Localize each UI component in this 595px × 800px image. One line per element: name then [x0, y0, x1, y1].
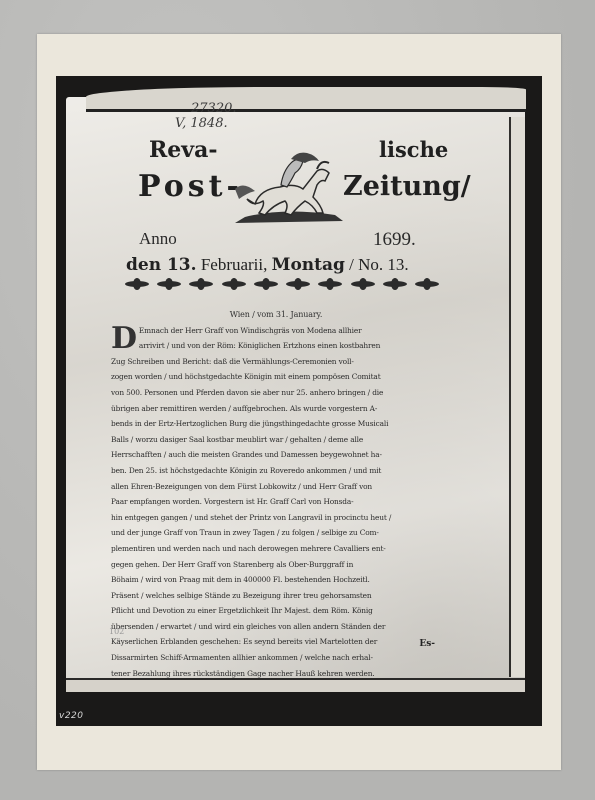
article-line: zogen worden / und höchstgedachte Königi… [111, 369, 441, 385]
article-line: Paar empfangen worden. Vorgestern ist Hr… [111, 494, 441, 510]
fleuron-icon [220, 278, 248, 290]
article-line: Pflicht und Devotion zu einer Ergetzlich… [111, 603, 441, 619]
article-body: Wien / vom 31. January. D Emnach der Her… [111, 307, 441, 681]
article-line: Zug Schreiben und Bericht: daß die Vermä… [111, 354, 441, 370]
article-line: plementiren und werden nach und nach der… [111, 541, 441, 557]
dateline-issue-number: No. 13. [358, 255, 409, 274]
archive-annotation: 27320. V, 1848. [175, 101, 237, 131]
dateline-separator: / [349, 255, 354, 274]
fleuron-icon [187, 278, 215, 290]
post-rider-illustration-icon [225, 149, 345, 229]
fleuron-icon [284, 278, 312, 290]
photo-mount-card: 27320. V, 1848. Reva- lische Post- Zeitu… [37, 34, 561, 770]
faint-page-mark: 102 [109, 627, 124, 636]
masthead-word-reva: Reva- [149, 137, 217, 163]
paper-fold-line [509, 117, 511, 677]
fleuron-icon [123, 278, 151, 290]
masthead-word-zeitung: Zeitung/ [343, 171, 471, 202]
article-line: Käyserlichen Erblanden geschehen: Es sey… [111, 634, 441, 650]
article-line: Präsent / welches selbige Stände zu Beze… [111, 588, 441, 604]
fleuron-icon [381, 278, 409, 290]
catchword: Es- [419, 639, 435, 649]
paper-folded-edge [511, 117, 525, 677]
photo-frame-label: v220 [59, 711, 84, 721]
fleuron-icon [155, 278, 183, 290]
article-line: bends in der Ertz-Hertzoglichen Burg die… [111, 416, 441, 432]
fleuron-icon [349, 278, 377, 290]
article-line: von 500. Personen und Pferden davon sie … [111, 385, 441, 401]
article-line: übersenden / erwartet / und wird ein gle… [111, 619, 441, 635]
article-drop-cap: D [111, 325, 137, 353]
issue-dateline: den 13. Februarii, Montag / No. 13. [126, 255, 456, 275]
ornamental-divider [123, 278, 441, 292]
article-line: Emnach der Herr Graff von Windischgräs v… [139, 323, 441, 339]
article-line: hin entgegen gangen / und stehet der Pri… [111, 510, 441, 526]
masthead-anno: Anno [139, 229, 177, 249]
article-line: Balls / worzu dasiger Saal kostbar meubl… [111, 432, 441, 448]
photograph-black-border: 27320. V, 1848. Reva- lische Post- Zeitu… [56, 76, 542, 726]
paper-bottom-curl [66, 678, 525, 692]
dateline-day: den 13. [126, 255, 197, 275]
paper-top-curl [86, 87, 526, 112]
fleuron-icon [316, 278, 344, 290]
article-line: allen Ehren-Bezeigungen von dem Fürst Lo… [111, 479, 441, 495]
archive-volume: V, 1848. [175, 116, 237, 131]
dateline-month: Februarii, [201, 255, 268, 274]
masthead-year: 1699. [373, 229, 416, 251]
fleuron-icon [413, 278, 441, 290]
newspaper-page: 27320. V, 1848. Reva- lische Post- Zeitu… [66, 97, 525, 692]
article-line: übrigen aber remittiren werden / auffgeb… [111, 401, 441, 417]
article-line: Herrschafften / auch die meisten Grandes… [111, 447, 441, 463]
article-line: Dissarmirten Schiff-Armamenten allhier a… [111, 650, 441, 666]
archive-number: 27320. [175, 101, 237, 116]
article-line: ben. Den 25. ist höchstgedachte Königin … [111, 463, 441, 479]
article-heading: Wien / vom 31. January. [111, 307, 441, 323]
dateline-weekday: Montag [272, 255, 345, 275]
fleuron-icon [252, 278, 280, 290]
article-line: gegen gehen. Der Herr Graff von Starenbe… [111, 557, 441, 573]
article-line: und der junge Graff von Traun in zwey Ta… [111, 525, 441, 541]
article-line: Böhaim / wird von Praag mit dem in 40000… [111, 572, 441, 588]
article-line: arrivirt / und von der Röm: Königlichen … [139, 338, 441, 354]
masthead-word-lische: lische [379, 137, 448, 162]
